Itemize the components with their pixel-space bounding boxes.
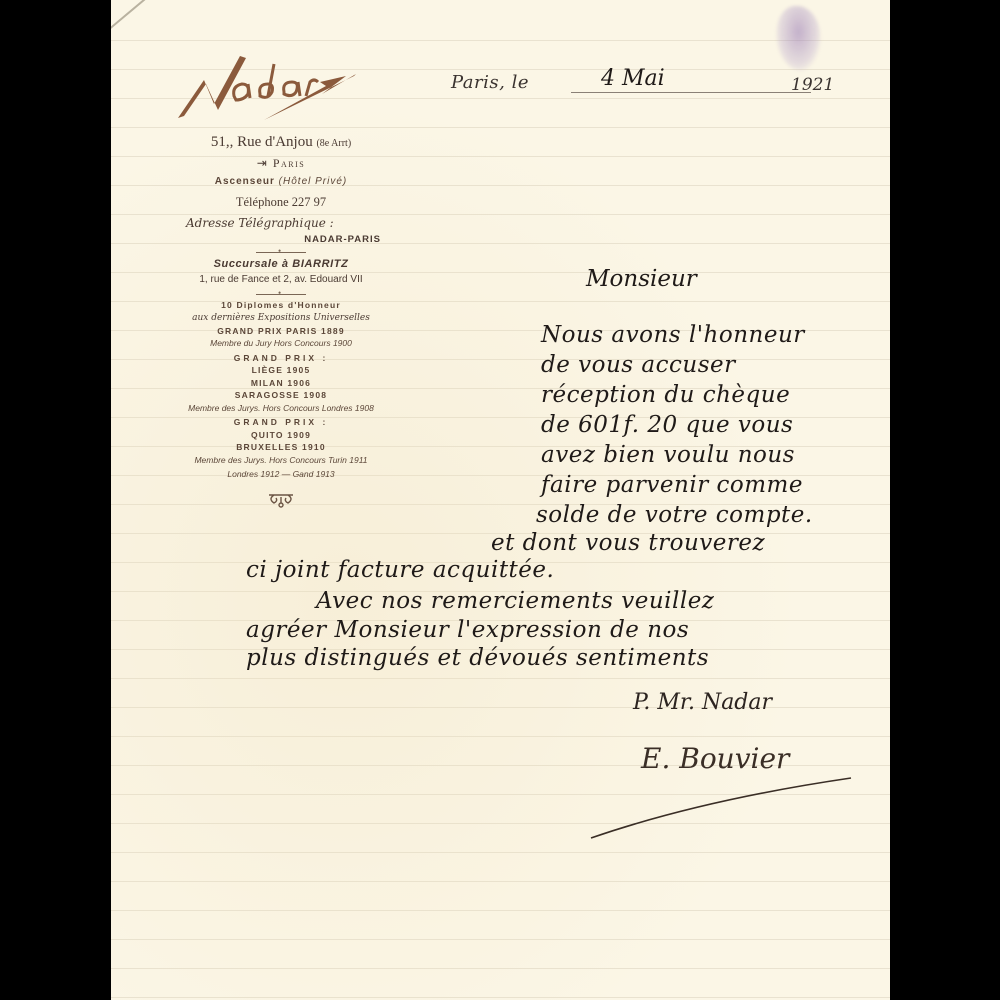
separator-ornament [256,294,306,295]
letterhead-city: ⇥ Paris [151,157,411,169]
ink-stamp-mark [776,6,821,71]
dateline-place: Paris, le [451,72,529,93]
letterhead-telegraph-label: Adresse Télégraphique : [151,217,411,229]
letterhead-grand-prix-label: GRAND PRIX : [151,418,411,427]
body-line: Nous avons l'honneur [541,322,805,348]
body-line: solde de votre compte. [536,502,813,528]
body-line: et dont vous trouverez [491,530,765,556]
letterhead-branch: Succursale à BIARRITZ [151,259,411,270]
body-line: avez bien voulu nous [541,442,795,468]
body-line: de vous accuser [541,352,736,378]
salutation: Monsieur [586,266,697,292]
letterhead-ascenseur: Ascenseur (Hôtel Privé) [151,177,411,187]
letterhead-jury-1911: Membre des Jurys. Hors Concours Turin 19… [151,456,411,465]
letterhead-grand-prix-1889: GRAND PRIX PARIS 1889 [151,327,411,336]
body-line: agréer Monsieur l'expression de nos [246,617,689,643]
paper-crease [111,0,156,30]
letterhead-diplomas: 10 Diplomes d'Honneur [151,301,411,310]
body-line: faire parvenir comme [541,472,803,498]
letterhead-telephone: Téléphone 227 97 [151,196,411,209]
letterhead-address: 51,, Rue d'Anjou (8e Arrt) [151,135,411,150]
date-rule [571,92,811,93]
body-line: réception du chèque [541,382,790,408]
ornament-icon [266,493,296,509]
award-saragosse: SARAGOSSE 1908 [151,391,411,400]
dateline-day-month: 4 Mai [601,66,665,91]
letterhead-grand-prix-label: GRAND PRIX : [151,354,411,363]
letterhead-jury-1908: Membre des Jurys. Hors Concours Londres … [151,404,411,413]
award-liege: LIÈGE 1905 [151,366,411,375]
letter-page: 51,, Rue d'Anjou (8e Arrt) ⇥ Paris Ascen… [111,0,890,1000]
body-line: Avec nos remerciements veuillez [316,588,714,614]
separator-ornament [256,252,306,253]
signature-flourish-icon [581,770,861,850]
letterhead-jury-1900: Membre du Jury Hors Concours 1900 [151,339,411,348]
body-line: ci joint facture acquittée. [246,557,554,583]
letterhead-londres-gand: Londres 1912 — Gand 1913 [151,470,411,479]
body-line: de 601f. 20 que vous [541,412,793,438]
award-quito: QUITO 1909 [151,431,411,440]
letterhead-telegraph-address: NADAR-PARIS [151,235,411,245]
award-milan: MILAN 1906 [151,379,411,388]
letterhead-expositions: aux dernières Expositions Universelles [151,314,411,323]
body-line: plus distingués et dévoués sentiments [246,645,709,671]
signature-per-nadar: P. Mr. Nadar [633,690,772,715]
nadar-logo-icon [176,40,356,120]
dateline-year: 1921 [791,75,834,95]
award-bruxelles: BRUXELLES 1910 [151,443,411,452]
letterhead-branch-address: 1, rue de Fance et 2, av. Edouard VII [151,275,411,285]
